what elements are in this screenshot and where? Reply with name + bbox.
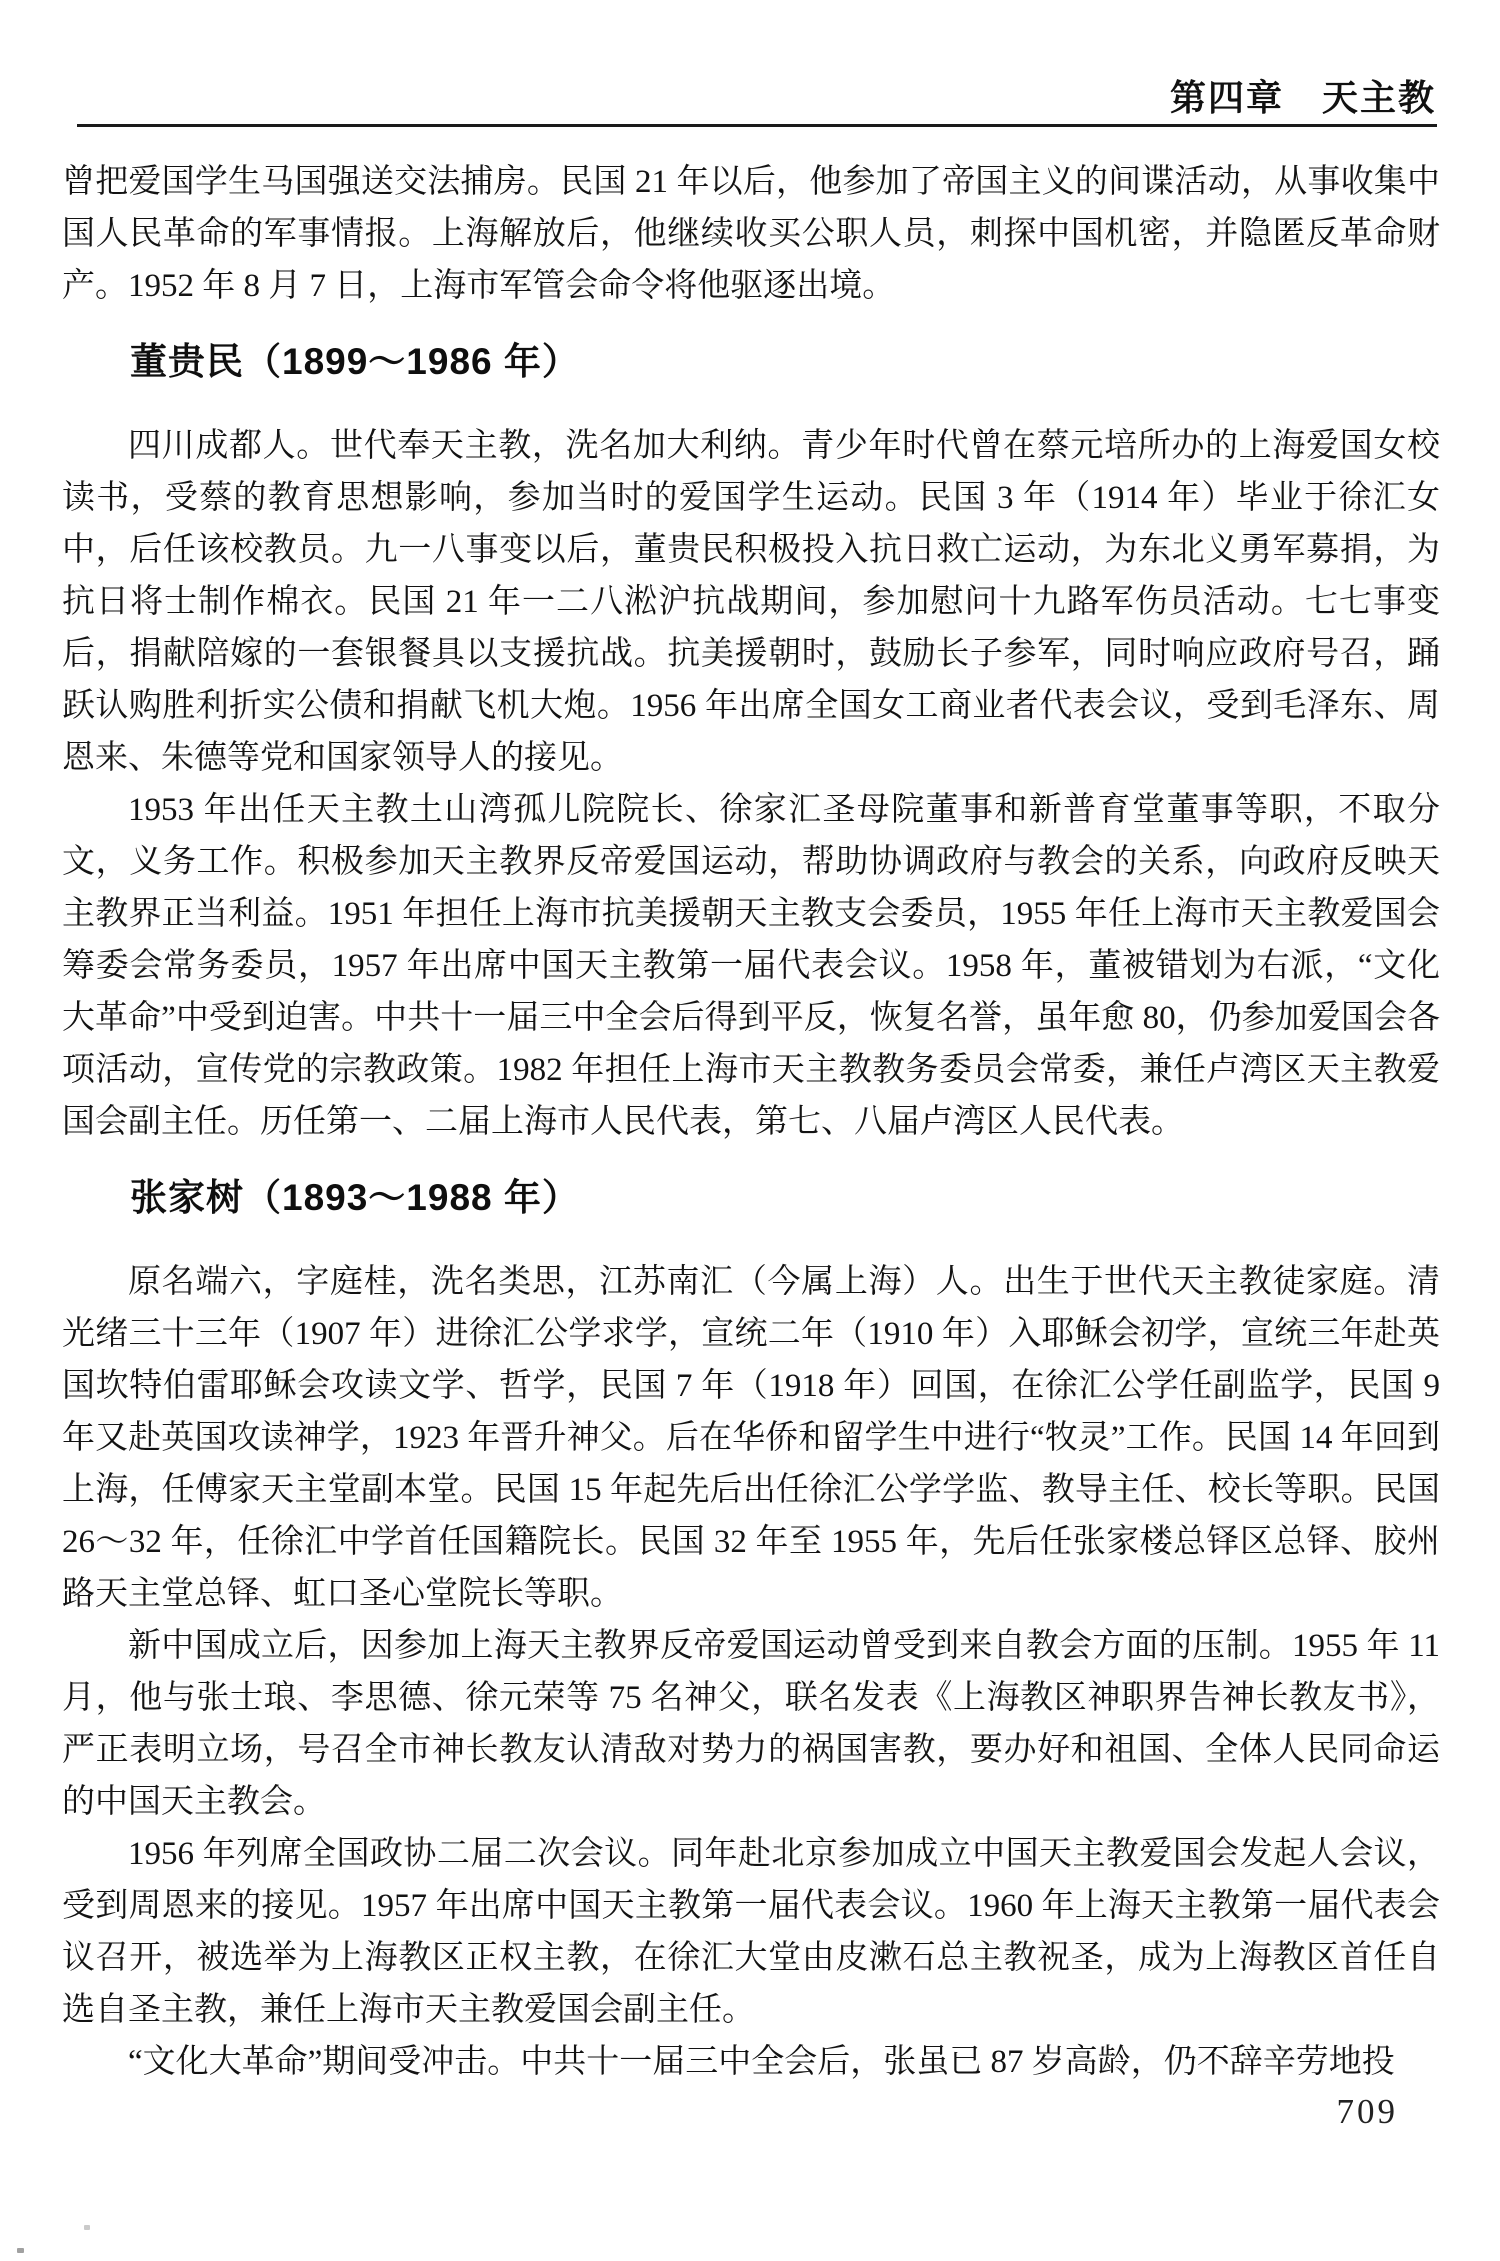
page-body: 曾把爱国学生马国强送交法捕房。民国 21 年以后，他参加了帝国主义的间谍活动，从… (62, 156, 1440, 2088)
biography-paragraph: 1953 年出任天主教土山湾孤儿院院长、徐家汇圣母院董事和新普育堂董事等职，不取… (62, 784, 1440, 1148)
page-number: 709 (1337, 2092, 1399, 2132)
book-page: 第四章天主教 曾把爱国学生马国强送交法捕房。民国 21 年以后，他参加了帝国主义… (0, 0, 1500, 2261)
biography-paragraph: “文化大革命”期间受冲击。中共十一届三中全会后，张虽已 87 岁高龄，仍不辞辛劳… (62, 2036, 1440, 2088)
running-head: 第四章天主教 (1170, 70, 1436, 121)
scan-speck (17, 2248, 24, 2253)
scan-speck (84, 2225, 90, 2230)
biography-paragraph: 四川成都人。世代奉天主教，洗名加大利纳。青少年时代曾在蔡元培所办的上海爱国女校读… (62, 420, 1440, 784)
biography-paragraph: 1956 年列席全国政协二届二次会议。同年赴北京参加成立中国天主教爱国会发起人会… (62, 1828, 1440, 2036)
entry-heading-dong-guimin: 董贵民（1899～1986 年） (130, 340, 1440, 384)
continuation-paragraph: 曾把爱国学生马国强送交法捕房。民国 21 年以后，他参加了帝国主义的间谍活动，从… (62, 156, 1440, 312)
biography-paragraph: 新中国成立后，因参加上海天主教界反帝爱国运动曾受到来自教会方面的压制。1955 … (62, 1620, 1440, 1828)
header-rule (77, 124, 1437, 127)
entry-heading-zhang-jiashu: 张家树（1893～1988 年） (130, 1176, 1440, 1220)
biography-paragraph: 原名端六，字庭桂，洗名类思，江苏南汇（今属上海）人。出生于世代天主教徒家庭。清光… (62, 1256, 1440, 1620)
chapter-title: 天主教 (1322, 77, 1436, 118)
chapter-number: 第四章 (1170, 77, 1284, 118)
